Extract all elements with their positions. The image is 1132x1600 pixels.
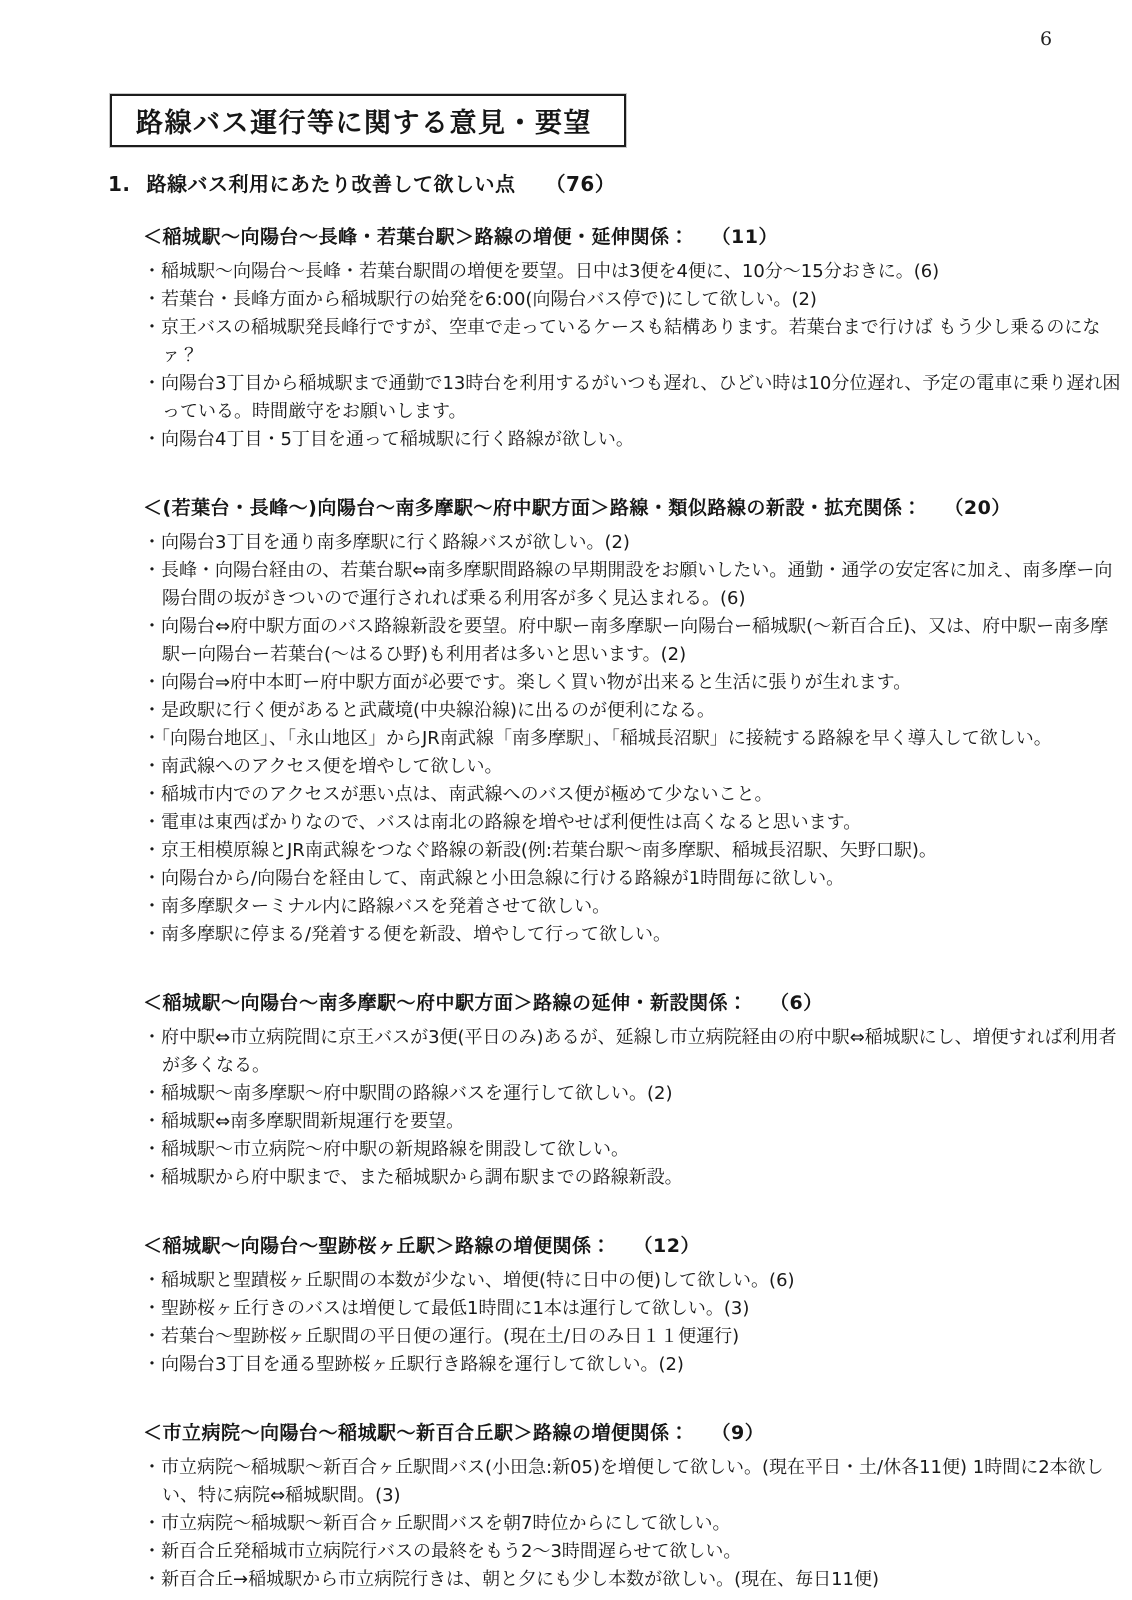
document-title: 路線バス運行等に関する意見・要望: [136, 101, 592, 140]
subsection-kohyodai-minamitama-fuchu-new-routes: ＜(若葉台・長峰～)向陽台～南多摩駅～府中駅方面＞路線・類似路線の新設・拡充関係…: [143, 494, 1125, 949]
comment-list: 稲城駅～向陽台～長峰・若葉台駅間の増便を要望。日中は3便を4便に、10分～15分…: [143, 258, 1125, 454]
comment-item: 向陽台3丁目を通る聖跡桜ヶ丘駅行き路線を運行して欲しい。(2): [143, 1351, 1125, 1379]
subsection-count: （6）: [780, 992, 823, 1014]
comment-item: 京王相模原線とJR南武線をつなぐ路線の新設(例:若葉台駅～南多摩駅、稲城長沼駅、…: [143, 837, 1125, 865]
section-number: 1.: [108, 172, 131, 196]
subsection-count: （9）: [721, 1422, 764, 1444]
comment-item: 京王バスの稲城駅発長峰行ですが、空車で走っているケースも結構あります。若葉台まで…: [143, 314, 1125, 370]
subsection-inagi-nagamine-wakabadai: ＜稲城駅～向陽台～長峰・若葉台駅＞路線の増便・延伸関係：（11） 稲城駅～向陽台…: [143, 223, 1125, 454]
subsection-count: （20）: [954, 497, 1011, 519]
comment-list: 府中駅⇔市立病院間に京王バスが3便(平日のみ)あるが、延線し市立病院経由の府中駅…: [143, 1024, 1125, 1192]
subsection-count: （11）: [721, 226, 778, 248]
subsection-heading-label: ＜市立病院～向陽台～稲城駅～新百合丘駅＞路線の増便関係：: [143, 1422, 689, 1444]
subsection-heading: ＜市立病院～向陽台～稲城駅～新百合丘駅＞路線の増便関係：（9）: [143, 1419, 1125, 1447]
comment-item: 向陽台4丁目・5丁目を通って稲城駅に行く路線が欲しい。: [143, 426, 1125, 454]
comment-item: 「向陽台地区」、「永山地区」からJR南武線「南多摩駅」、「稲城長沼駅」に接続する…: [143, 725, 1125, 753]
comment-item: 南多摩駅ターミナル内に路線バスを発着させて欲しい。: [143, 893, 1125, 921]
subsection-heading: ＜(若葉台・長峰～)向陽台～南多摩駅～府中駅方面＞路線・類似路線の新設・拡充関係…: [143, 494, 1125, 522]
comment-item: 電車は東西ばかりなので、バスは南北の路線を増やせば利便性は高くなると思います。: [143, 809, 1125, 837]
comment-list: 市立病院～稲城駅～新百合ヶ丘駅間バス(小田急:新05)を増便して欲しい。(現在平…: [143, 1454, 1125, 1594]
subsection-heading-label: ＜稲城駅～向陽台～南多摩駅～府中駅方面＞路線の延伸・新設関係：: [143, 992, 748, 1014]
section-count: （76）: [546, 172, 616, 196]
subsection-inagi-seiseki-sakuragaoka: ＜稲城駅～向陽台～聖跡桜ヶ丘駅＞路線の増便関係：（12） 稲城駅と聖蹟桜ヶ丘駅間…: [143, 1232, 1125, 1379]
subsection-heading: ＜稲城駅～向陽台～南多摩駅～府中駅方面＞路線の延伸・新設関係：（6）: [143, 989, 1125, 1017]
subsection-heading: ＜稲城駅～向陽台～聖跡桜ヶ丘駅＞路線の増便関係：（12）: [143, 1232, 1125, 1260]
subsection-inagi-minamitama-fuchu-extension: ＜稲城駅～向陽台～南多摩駅～府中駅方面＞路線の延伸・新設関係：（6） 府中駅⇔市…: [143, 989, 1125, 1192]
section-heading: 1.路線バス利用にあたり改善して欲しい点（76）: [108, 168, 1132, 197]
comment-item: 市立病院～稲城駅～新百合ヶ丘駅間バスを朝7時位からにして欲しい。: [143, 1510, 1125, 1538]
subsection-heading-label: ＜(若葉台・長峰～)向陽台～南多摩駅～府中駅方面＞路線・類似路線の新設・拡充関係…: [143, 497, 922, 519]
comment-item: 稲城駅～南多摩駅～府中駅間の路線バスを運行して欲しい。(2): [143, 1080, 1125, 1108]
subsection-heading-label: ＜稲城駅～向陽台～長峰・若葉台駅＞路線の増便・延伸関係：: [143, 226, 689, 248]
document-title-box: 路線バス運行等に関する意見・要望: [110, 94, 626, 147]
comment-list: 稲城駅と聖蹟桜ヶ丘駅間の本数が少ない、増便(特に日中の便)して欲しい。(6) 聖…: [143, 1267, 1125, 1379]
comment-item: 新百合丘→稲城駅から市立病院行きは、朝と夕にも少し本数が欲しい。(現在、毎日11…: [143, 1566, 1125, 1594]
comment-item: 稲城駅と聖蹟桜ヶ丘駅間の本数が少ない、増便(特に日中の便)して欲しい。(6): [143, 1267, 1125, 1295]
comment-item: 向陽台3丁目から稲城駅まで通勤で13時台を利用するがいつも遅れ、ひどい時は10分…: [143, 370, 1125, 426]
document-page: 6 路線バス運行等に関する意見・要望 1.路線バス利用にあたり改善して欲しい点（…: [0, 0, 1132, 1600]
comment-item: 聖跡桜ヶ丘行きのバスは増便して最低1時間に1本は運行して欲しい。(3): [143, 1295, 1125, 1323]
comment-item: 南多摩駅に停まる/発着する便を新設、増やして行って欲しい。: [143, 921, 1125, 949]
subsection-heading: ＜稲城駅～向陽台～長峰・若葉台駅＞路線の増便・延伸関係：（11）: [143, 223, 1125, 251]
comment-item: 稲城駅～向陽台～長峰・若葉台駅間の増便を要望。日中は3便を4便に、10分～15分…: [143, 258, 1125, 286]
comment-item: 南武線へのアクセス便を増やして欲しい。: [143, 753, 1125, 781]
comment-item: 若葉台・長峰方面から稲城駅行の始発を6:00(向陽台バス停で)にして欲しい。(2…: [143, 286, 1125, 314]
document-content: 1.路線バス利用にあたり改善して欲しい点（76） ＜稲城駅～向陽台～長峰・若葉台…: [0, 168, 1132, 1594]
comment-item: 向陽台3丁目を通り南多摩駅に行く路線バスが欲しい。(2): [143, 529, 1125, 557]
comment-item: 新百合丘発稲城市立病院行バスの最終をもう2～3時間遅らせて欲しい。: [143, 1538, 1125, 1566]
comment-item: 向陽台⇔府中駅方面のバス路線新設を要望。府中駅ー南多摩駅ー向陽台ー稲城駅(～新百…: [143, 613, 1125, 669]
comment-item: 長峰・向陽台経由の、若葉台駅⇔南多摩駅間路線の早期開設をお願いしたい。通勤・通学…: [143, 557, 1125, 613]
subsection-count: （12）: [643, 1235, 700, 1257]
comment-item: 市立病院～稲城駅～新百合ヶ丘駅間バス(小田急:新05)を増便して欲しい。(現在平…: [143, 1454, 1125, 1510]
comment-list: 向陽台3丁目を通り南多摩駅に行く路線バスが欲しい。(2) 長峰・向陽台経由の、若…: [143, 529, 1125, 949]
comment-item: 稲城駅から府中駅まで、また稲城駅から調布駅までの路線新設。: [143, 1164, 1125, 1192]
comment-item: 向陽台⇒府中本町ー府中駅方面が必要です。楽しく買い物が出来ると生活に張りが生れま…: [143, 669, 1125, 697]
page-number: 6: [1040, 28, 1052, 50]
section-label: 路線バス利用にあたり改善して欲しい点: [147, 172, 516, 196]
comment-item: 是政駅に行く便があると武蔵境(中央線沿線)に出るのが便利になる。: [143, 697, 1125, 725]
comment-item: 府中駅⇔市立病院間に京王バスが3便(平日のみ)あるが、延線し市立病院経由の府中駅…: [143, 1024, 1125, 1080]
comment-item: 若葉台～聖跡桜ヶ丘駅間の平日便の運行。(現在土/日のみ日１１便運行): [143, 1323, 1125, 1351]
comment-item: 稲城駅⇔南多摩駅間新規運行を要望。: [143, 1108, 1125, 1136]
comment-item: 稲城駅～市立病院～府中駅の新規路線を開設して欲しい。: [143, 1136, 1125, 1164]
comment-item: 稲城市内でのアクセスが悪い点は、南武線へのバス便が極めて少ないこと。: [143, 781, 1125, 809]
subsection-heading-label: ＜稲城駅～向陽台～聖跡桜ヶ丘駅＞路線の増便関係：: [143, 1235, 611, 1257]
subsection-hospital-inagi-shinyurigaoka: ＜市立病院～向陽台～稲城駅～新百合丘駅＞路線の増便関係：（9） 市立病院～稲城駅…: [143, 1419, 1125, 1594]
comment-item: 向陽台から/向陽台を経由して、南武線と小田急線に行ける路線が1時間毎に欲しい。: [143, 865, 1125, 893]
